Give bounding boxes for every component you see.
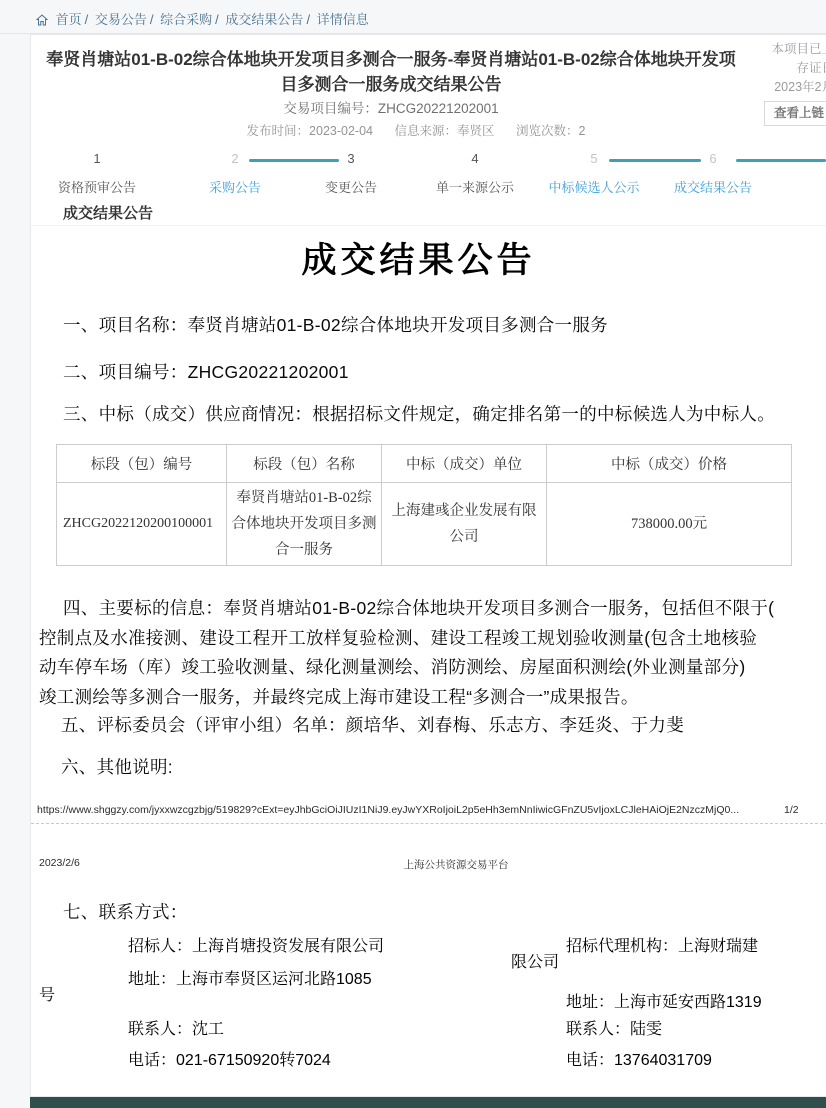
section-contact-info: 七、联系方式： (63, 899, 188, 924)
document-top-divider (31, 225, 826, 226)
breadcrumb-separator: / (150, 12, 154, 27)
publish-meta: 发布时间：2023-02-04 信息来源：奉贤区 浏览次数：2 (31, 121, 801, 139)
view-chain-button[interactable]: 查看上链 (764, 101, 826, 126)
breadcrumb-item-comprehensive-procurement[interactable]: 综合采购 (160, 12, 212, 27)
home-icon[interactable] (36, 14, 48, 29)
document-source-url: https://www.shggzy.com/jyxxwzcgzbjg/5198… (37, 804, 739, 816)
blockchain-proof-line2: 存证日 (734, 59, 826, 78)
cell-winning-price: 738000.00元 (547, 483, 792, 566)
award-result-table: 标段（包）编号 标段（包）名称 中标（成交）单位 中标（成交）价格 ZHCG20… (56, 444, 792, 566)
subject-info-line2: 控制点及水准接测、建设工程开工放样复验检测、建设工程竣工规划验收测量(包含土地核… (39, 624, 826, 654)
col-header-lot-number: 标段（包）编号 (57, 445, 227, 483)
page2-site-name: 上海公共资源交易平台 (39, 857, 826, 872)
agency-phone: 电话：13764031709 (566, 1047, 712, 1070)
subject-info-line3: 动车停车场（库）竣工验收测量、绿化测量测绘、消防测绘、房屋面积测绘(外业测量部分… (39, 653, 826, 683)
info-source: 信息来源：奉贤区 (394, 124, 494, 138)
table-row: ZHCG2022120200100001 奉贤肖塘站01-B-02综合体地块开发… (57, 483, 792, 566)
breadcrumb-item-trade-announcements[interactable]: 交易公告 (95, 12, 147, 27)
step-label-procurement-announcement[interactable]: 采购公告 (173, 177, 297, 196)
section-subject-info: 四、主要标的信息：奉贤肖塘站01-B-02综合体地块开发项目多测合一服务，包括但… (39, 594, 826, 712)
section-evaluation-committee: 五、评标委员会（评审小组）名单：颜培华、刘春梅、乐志方、李廷炎、于力斐 (61, 712, 684, 737)
breadcrumb: 首页/ 交易公告/ 综合采购/ 成交结果公告/ 详情信息 (36, 9, 371, 29)
page-indicator: 1/2 (784, 804, 799, 816)
announcement-card: 奉贤肖塘站01-B-02综合体地块开发项目多测合一服务-奉贤肖塘站01-B-02… (30, 34, 826, 1097)
step-number-4: 4 (455, 151, 495, 166)
table-header-row: 标段（包）编号 标段（包）名称 中标（成交）单位 中标（成交）价格 (57, 445, 792, 483)
col-header-winning-price: 中标（成交）价格 (547, 445, 792, 483)
step-label-prequalification: 资格预审公告 (35, 177, 159, 196)
subject-info-line4: 竣工测绘等多测合一服务，并最终完成上海市建设工程“多测合一”成果报告。 (39, 683, 826, 713)
step-label-change-announcement: 变更公告 (289, 177, 413, 196)
blockchain-proof-line1: 本项目已上 (734, 40, 826, 59)
breadcrumb-item-detail[interactable]: 详情信息 (317, 12, 369, 27)
bidder-contact-person: 联系人：沈工 (128, 1016, 224, 1039)
agency-address: 地址：上海市延安西路1319 (566, 989, 762, 1012)
section-project-number: 二、项目编号：ZHCG20221202001 (63, 359, 349, 384)
col-header-lot-name: 标段（包）名称 (227, 445, 382, 483)
step-number-5: 5 (574, 151, 614, 166)
col-header-winning-unit: 中标（成交）单位 (382, 445, 547, 483)
active-tab-result-announcement: 成交结果公告 (63, 202, 153, 223)
blockchain-proof-line3: 2023年2月 (734, 78, 826, 97)
step-connector-2-3 (249, 159, 339, 162)
step-number-1: 1 (77, 151, 117, 166)
cell-lot-number: ZHCG2022120200100001 (57, 483, 227, 566)
bidder-address-line2: 号 (39, 982, 55, 1005)
section-project-name: 一、项目名称：奉贤肖塘站01-B-02综合体地块开发项目多测合一服务 (63, 312, 608, 337)
view-count: 浏览次数：2 (516, 124, 585, 138)
step-connector-after-6 (736, 159, 826, 162)
step-label-result-announcement[interactable]: 成交结果公告 (651, 177, 775, 196)
cell-winning-unit: 上海建彧企业发展有限公司 (382, 483, 547, 566)
breadcrumb-item-home[interactable]: 首页 (56, 12, 82, 27)
bidder-phone: 电话：021-67150920转7024 (128, 1047, 331, 1070)
breadcrumb-separator: / (215, 12, 219, 27)
breadcrumb-separator: / (85, 12, 89, 27)
document-heading: 成交结果公告 (46, 233, 791, 283)
breadcrumb-separator: / (306, 12, 310, 27)
bottom-footer-strip (30, 1097, 826, 1108)
step-label-single-source: 单一来源公示 (413, 177, 537, 196)
bidder-address-line1: 地址：上海市奉贤区运河北路1085 (128, 966, 372, 989)
agency-contact-person: 联系人：陆雯 (566, 1016, 662, 1039)
subject-info-line1: 四、主要标的信息：奉贤肖塘站01-B-02综合体地块开发项目多测合一服务，包括但… (39, 594, 826, 624)
cell-lot-name: 奉贤肖塘站01-B-02综合体地块开发项目多测合一服务 (227, 483, 382, 566)
trade-project-number: 交易项目编号：ZHCG20221202001 (41, 97, 741, 117)
agency-name-line2: 限公司 (511, 949, 559, 972)
agency-name-line1: 招标代理机构：上海财瑞建 (566, 933, 758, 956)
bidder-name: 招标人：上海肖塘投资发展有限公司 (128, 933, 384, 956)
breadcrumb-item-result-announcement[interactable]: 成交结果公告 (225, 12, 303, 27)
step-label-candidate-publicity[interactable]: 中标候选人公示 (532, 177, 656, 196)
step-connector-5-6 (609, 159, 701, 162)
page-title: 奉贤肖塘站01-B-02综合体地块开发项目多测合一服务-奉贤肖塘站01-B-02… (41, 47, 741, 97)
publish-time: 发布时间：2023-02-04 (247, 124, 373, 138)
section-supplier-info: 三、中标（成交）供应商情况：根据招标文件规定，确定排名第一的中标候选人为中标人。 (63, 401, 775, 426)
blockchain-proof-box: 本项目已上 存证日 2023年2月 查看上链 (734, 40, 826, 126)
page-break-divider (31, 823, 826, 824)
section-other-notes: 六、其他说明: (61, 754, 173, 779)
